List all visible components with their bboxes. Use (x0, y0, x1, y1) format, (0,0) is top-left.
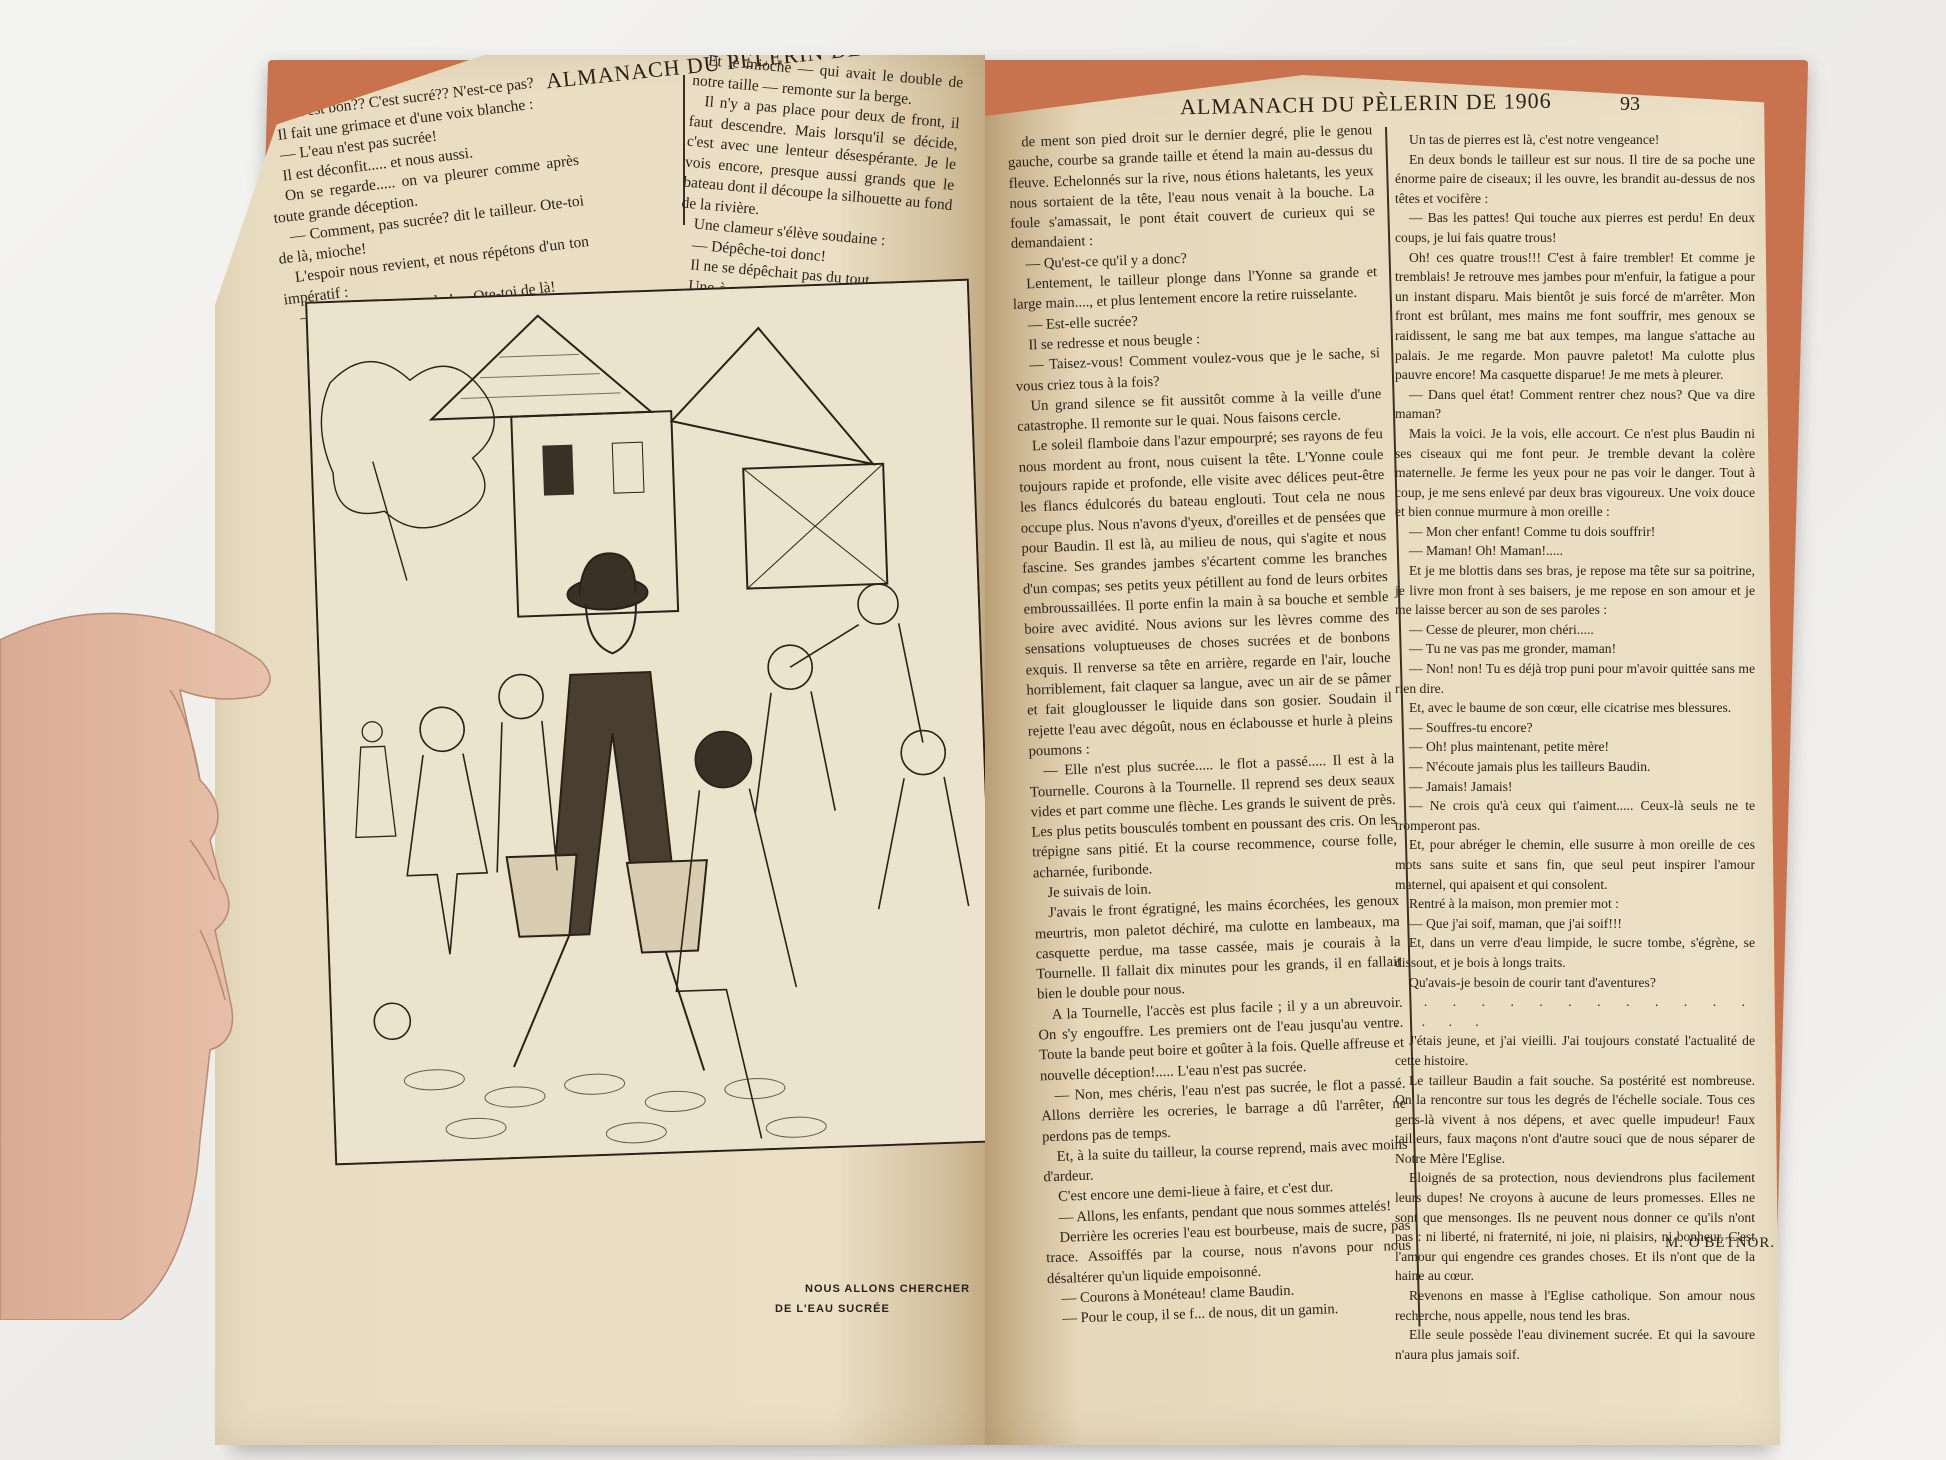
illustration-caption-line-1: NOUS ALLONS CHERCHER (805, 1283, 970, 1295)
paragraph: — Oh! plus maintenant, petite mère! (1395, 737, 1755, 757)
paragraph: Et, dans un verre d'eau limpide, le sucr… (1395, 933, 1755, 972)
right-column-1: de ment son pied droit sur le dernier de… (1007, 120, 1414, 1330)
paragraph: — Dans quel état! Comment rentrer chez n… (1395, 385, 1755, 424)
paragraph: — N'écoute jamais plus les tailleurs Bau… (1395, 757, 1755, 777)
page-number-right: 93 (1620, 93, 1640, 116)
illustration-caption-line-2: DE L'EAU SUCRÉE (775, 1303, 890, 1315)
paragraph: de ment son pied droit sur le dernier de… (1007, 120, 1376, 254)
paragraph: — Mon cher enfant! Comme tu dois souffri… (1395, 522, 1755, 542)
paragraph: — Elle n'est plus sucrée..... le flot a … (1029, 749, 1398, 883)
author-signature: M. O'BETNOR. (1665, 1235, 1775, 1252)
paragraph: J'étais jeune, et j'ai vieilli. J'ai tou… (1395, 1031, 1755, 1070)
paragraph: Mais la voici. Je la vois, elle accourt.… (1395, 424, 1755, 522)
paragraph: J'avais le front égratigné, les mains éc… (1034, 891, 1402, 1005)
paragraph: Oh! ces quatre trous!!! C'est à faire tr… (1395, 248, 1755, 385)
paragraph: — Non! non! Tu es déjà trop puni pour m'… (1395, 659, 1755, 698)
paragraph: Un tas de pierres est là, c'est notre ve… (1395, 130, 1755, 150)
paragraph: — Jamais! Jamais! (1395, 777, 1755, 797)
paragraph: — Cesse de pleurer, mon chéri..... (1395, 620, 1755, 640)
paragraph: Et je me blottis dans ses bras, je repos… (1395, 561, 1755, 620)
paragraph: Et, pour abréger le chemin, elle susurre… (1395, 835, 1755, 894)
right-page: ALMANACH DU PÈLERIN DE 1906 93 de ment s… (985, 75, 1780, 1445)
paragraph: — Ne crois qu'à ceux qui t'aiment..... C… (1395, 796, 1755, 835)
paragraph: Le soleil flamboie dans l'azur empourpré… (1018, 425, 1394, 762)
paragraph: — Bas les pattes! Qui touche aux pierres… (1395, 208, 1755, 247)
paragraph: Et, avec le baume de son cœur, elle cica… (1395, 698, 1755, 718)
paragraph: Revenons en masse à l'Eglise catholique.… (1395, 1286, 1755, 1325)
paragraph: Qu'avais-je besoin de courir tant d'aven… (1395, 973, 1755, 993)
paragraph: Elle seule possède l'eau divinement sucr… (1395, 1325, 1755, 1364)
paragraph: Eloignés de sa protection, nous deviendr… (1395, 1168, 1755, 1286)
paragraph: Rentré à la maison, mon premier mot : (1395, 894, 1755, 914)
paragraph: — Tu ne vas pas me gronder, maman! (1395, 639, 1755, 659)
paragraph: En deux bonds le tailleur est sur nous. … (1395, 150, 1755, 209)
paragraph: Il n'y a pas place pour deux de front, i… (681, 91, 961, 237)
paragraph: — Souffres-tu encore? (1395, 718, 1755, 738)
engraving-illustration (305, 279, 999, 1166)
photo-scene: 92 ALMANACH DU PÈLERIN DE 1906 — C'est b… (0, 0, 1946, 1460)
hand-icon (0, 580, 290, 1320)
paragraph: Le tailleur Baudin a fait souche. Sa pos… (1395, 1071, 1755, 1169)
paragraph: — Maman! Oh! Maman!..... (1395, 541, 1755, 561)
paragraph: A la Tournelle, l'accès est plus facile … (1037, 992, 1405, 1086)
section-break-dots: . . . . . . . . . . . . . . . . . (1395, 992, 1755, 1031)
engraving-scene-icon (307, 281, 997, 1164)
paragraph: — Que j'ai soif, maman, que j'ai soif!!! (1395, 914, 1755, 934)
right-column-2: Un tas de pierres est là, c'est notre ve… (1395, 130, 1755, 1364)
running-head-right: ALMANACH DU PÈLERIN DE 1906 (1180, 88, 1552, 120)
